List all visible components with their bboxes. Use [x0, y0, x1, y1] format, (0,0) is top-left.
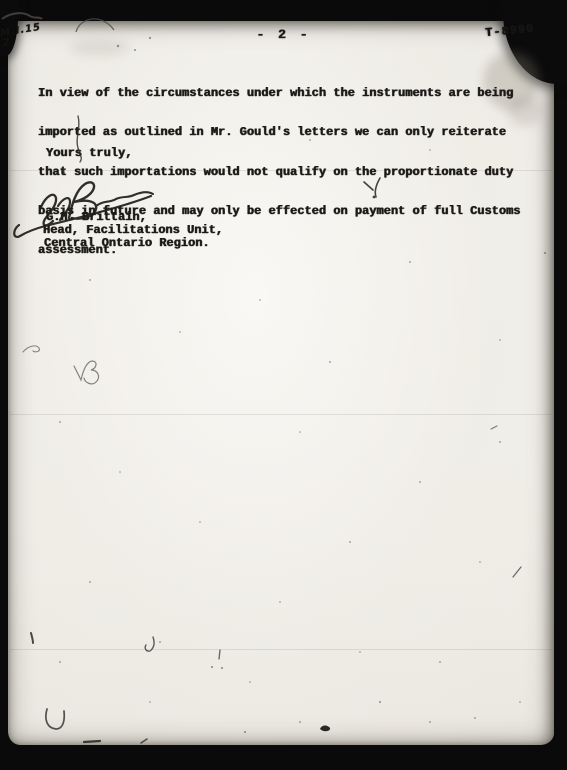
scan-artifacts-layer — [0, 0, 567, 770]
pencil-marks-bottom — [31, 426, 521, 743]
ink-blob — [320, 726, 330, 732]
signature-scrawl — [14, 182, 153, 237]
ink-check-mark — [364, 178, 380, 198]
dust-specks — [59, 37, 546, 733]
scratch-mark — [63, 116, 81, 174]
handwriting-scribble — [2, 13, 42, 19]
scanned-document: - 2 - T-8990 M.I.15 2 In view of the cir… — [0, 0, 567, 770]
hair-artifact — [76, 19, 114, 32]
pencil-marks — [23, 346, 98, 384]
